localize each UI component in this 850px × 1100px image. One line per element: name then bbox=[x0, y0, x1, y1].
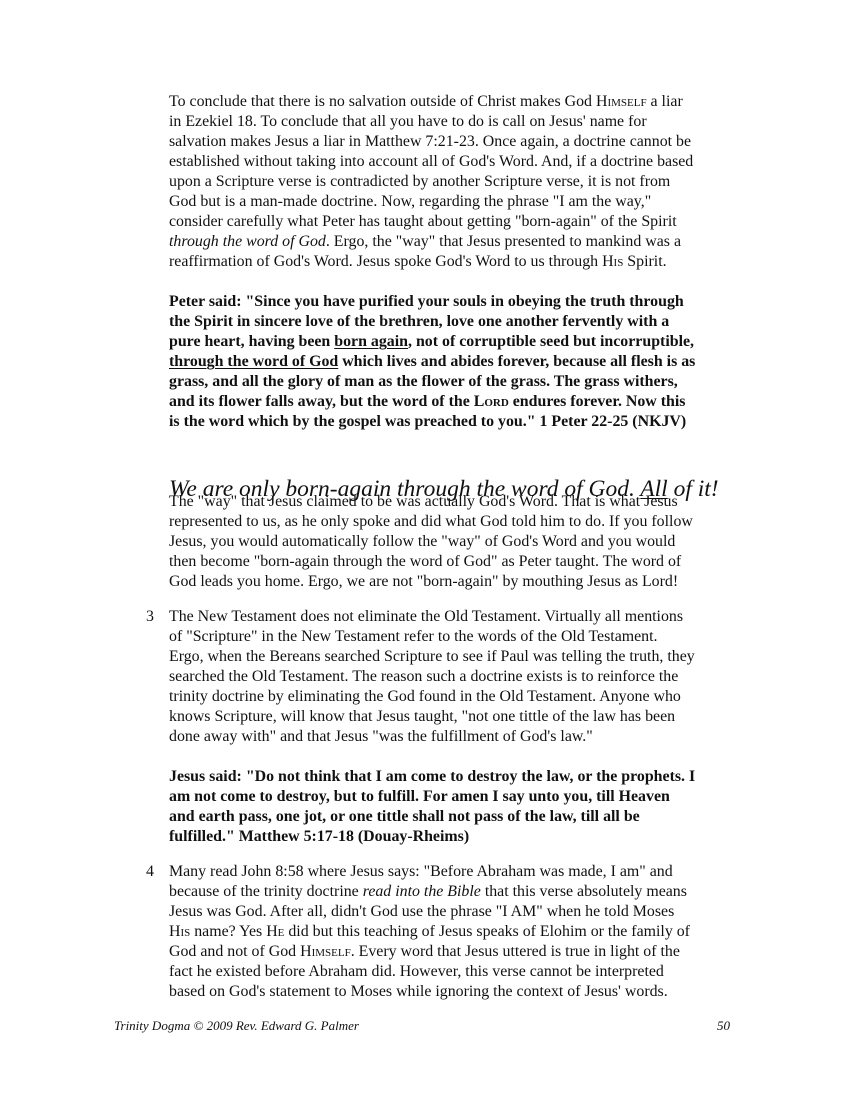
text-line: fact he existed before Abraham did. Howe… bbox=[169, 962, 749, 982]
text-line: His name? Yes He did but this teaching o… bbox=[169, 922, 749, 942]
quote-peter: Peter said: "Since you have purified you… bbox=[169, 292, 749, 432]
text-line: reaffirmation of God's Word. Jesus spoke… bbox=[169, 252, 749, 272]
quote-line: fulfilled." Matthew 5:17-18 (Douay-Rheim… bbox=[169, 827, 749, 847]
quote-line: and earth pass, one jot, or one tittle s… bbox=[169, 807, 749, 827]
text-line: Ergo, when the Bereans searched Scriptur… bbox=[169, 647, 749, 667]
text-line: established without taking into account … bbox=[169, 152, 749, 172]
document-page: To conclude that there is no salvation o… bbox=[0, 0, 850, 1100]
small-caps-himself: Himself bbox=[596, 93, 647, 110]
text-line: The "way" that Jesus claimed to be was a… bbox=[169, 492, 749, 512]
small-caps-himself: Himself bbox=[300, 943, 351, 960]
list-item-4: Many read John 8:58 where Jesus says: "B… bbox=[169, 862, 749, 1002]
list-number-4: 4 bbox=[146, 862, 154, 882]
text-line: represented to us, as he only spoke and … bbox=[169, 512, 749, 532]
small-caps-lord: Lord bbox=[474, 393, 509, 410]
small-caps-his: His bbox=[169, 923, 190, 940]
underlined-word-of-god: through the word of God bbox=[169, 353, 338, 370]
text-line: searched the Old Testament. The reason s… bbox=[169, 667, 749, 687]
small-caps-his: His bbox=[602, 253, 623, 270]
text-line: knows Scripture, will know that Jesus ta… bbox=[169, 707, 749, 727]
text-line: upon a Scripture verse is contradicted b… bbox=[169, 172, 749, 192]
text-line: then become "born-again through the word… bbox=[169, 552, 749, 572]
quote-line: Jesus said: "Do not think that I am come… bbox=[169, 767, 749, 787]
text-line: of "Scripture" in the New Testament refe… bbox=[169, 627, 749, 647]
text-line: through the word of God. Ergo, the "way"… bbox=[169, 232, 749, 252]
quote-line: the Spirit in sincere love of the brethr… bbox=[169, 312, 749, 332]
text-line: Many read John 8:58 where Jesus says: "B… bbox=[169, 862, 749, 882]
text-line: trinity doctrine by eliminating the God … bbox=[169, 687, 749, 707]
footer-copyright: Trinity Dogma © 2009 Rev. Edward G. Palm… bbox=[114, 1018, 359, 1034]
list-number-3: 3 bbox=[146, 607, 154, 627]
small-caps-he: He bbox=[266, 923, 284, 940]
quote-line: grass, and all the glory of man as the f… bbox=[169, 372, 749, 392]
page-number: 50 bbox=[717, 1018, 730, 1034]
text-line: The New Testament does not eliminate the… bbox=[169, 607, 749, 627]
text-line: consider carefully what Peter has taught… bbox=[169, 212, 749, 232]
quote-line: am not come to destroy, but to fulfill. … bbox=[169, 787, 749, 807]
text-line: done away with" and that Jesus "was the … bbox=[169, 727, 749, 747]
text-line: because of the trinity doctrine read int… bbox=[169, 882, 749, 902]
italic-phrase: read into the Bible bbox=[363, 883, 481, 900]
text-line: based on God's statement to Moses while … bbox=[169, 982, 749, 1002]
text-line: salvation makes Jesus a liar in Matthew … bbox=[169, 132, 749, 152]
quote-line: pure heart, having been born again, not … bbox=[169, 332, 749, 352]
text-line: God and not of God Himself. Every word t… bbox=[169, 942, 749, 962]
list-item-3: The New Testament does not eliminate the… bbox=[169, 607, 749, 747]
underlined-born-again: born again bbox=[334, 333, 408, 350]
text-line: in Ezekiel 18. To conclude that all you … bbox=[169, 112, 749, 132]
text-line: Jesus, you would automatically follow th… bbox=[169, 532, 749, 552]
quote-jesus: Jesus said: "Do not think that I am come… bbox=[169, 767, 749, 847]
quote-line: is the word which by the gospel was prea… bbox=[169, 412, 749, 432]
quote-line: Peter said: "Since you have purified you… bbox=[169, 292, 749, 312]
text-line: Jesus was God. After all, didn't God use… bbox=[169, 902, 749, 922]
text-line: To conclude that there is no salvation o… bbox=[169, 92, 749, 112]
quote-line: through the word of God which lives and … bbox=[169, 352, 749, 372]
text-line: God but is a man-made doctrine. Now, reg… bbox=[169, 192, 749, 212]
text-line: God leads you home. Ergo, we are not "bo… bbox=[169, 572, 749, 592]
italic-phrase: through the word of God bbox=[169, 233, 326, 250]
paragraph-salvation: To conclude that there is no salvation o… bbox=[169, 92, 749, 272]
quote-line: and its flower falls away, but the word … bbox=[169, 392, 749, 412]
paragraph-way: The "way" that Jesus claimed to be was a… bbox=[169, 492, 749, 592]
